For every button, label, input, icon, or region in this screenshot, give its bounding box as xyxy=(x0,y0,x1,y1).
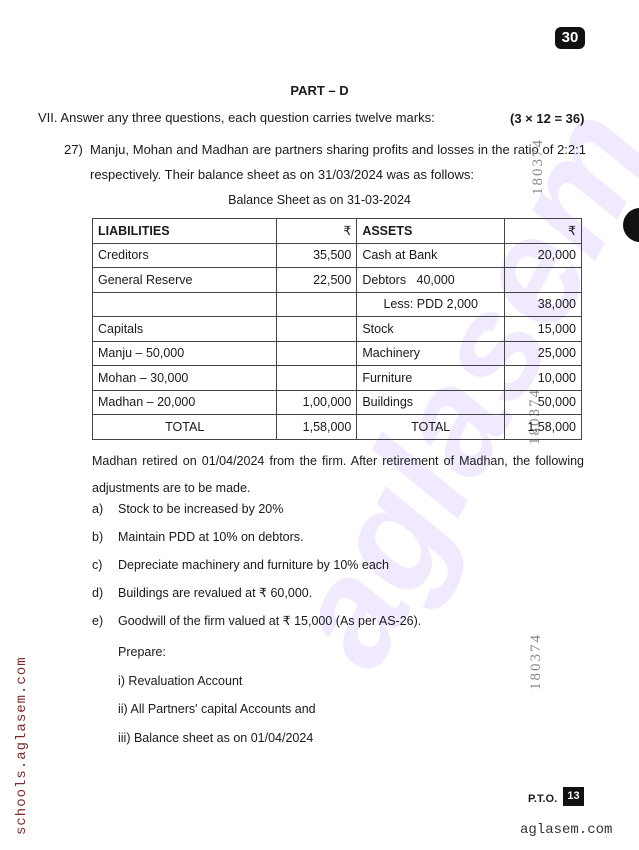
balance-sheet-table: LIABILITIES ₹ ASSETS ₹ Creditors 35,500 … xyxy=(92,218,582,440)
item-text: Stock to be increased by 20% xyxy=(118,500,283,518)
asset-amount-cell: 38,000 xyxy=(505,292,582,317)
balance-sheet-title: Balance Sheet as on 31-03-2024 xyxy=(0,193,639,207)
asset-cell: Furniture xyxy=(357,366,505,391)
item-label: a) xyxy=(92,500,103,518)
asset-cell: Less: PDD 2,000 xyxy=(357,292,505,317)
liab-total-label: TOTAL xyxy=(93,415,277,440)
question-27: 27) Manju, Mohan and Madhan are partners… xyxy=(64,137,586,187)
table-row: General Reserve 22,500 Debtors 40,000 xyxy=(93,268,582,293)
liability-cell xyxy=(93,292,277,317)
question-text: Manju, Mohan and Madhan are partners sha… xyxy=(90,137,586,187)
sheet-number-badge: 13 xyxy=(563,787,584,806)
liab-amount-cell xyxy=(277,341,357,366)
serial-stamp: 180374 xyxy=(530,138,547,195)
asset-amount-cell: 20,000 xyxy=(505,243,582,268)
liab-amount-cell xyxy=(277,317,357,342)
liab-amount-cell: 22,500 xyxy=(277,268,357,293)
table-row: Creditors 35,500 Cash at Bank 20,000 xyxy=(93,243,582,268)
liab-total-amount: 1,58,000 xyxy=(277,415,357,440)
liability-cell: General Reserve xyxy=(93,268,277,293)
table-row: Mohan – 30,000 Furniture 10,000 xyxy=(93,366,582,391)
table-row: Madhan – 20,000 1,00,000 Buildings 50,00… xyxy=(93,390,582,415)
liab-amount-cell xyxy=(277,366,357,391)
asset-cell: Stock xyxy=(357,317,505,342)
table-total-row: TOTAL 1,58,000 TOTAL 1,58,000 xyxy=(93,415,582,440)
prepare-item: ii) All Partners' capital Accounts and xyxy=(118,702,316,731)
liability-cell: Capitals xyxy=(93,317,277,342)
header-assets: ASSETS xyxy=(357,219,505,244)
asset-cell: Debtors 40,000 xyxy=(357,268,505,293)
item-label: b) xyxy=(92,528,103,546)
asset-cell: Buildings xyxy=(357,390,505,415)
pto-label: P.T.O. xyxy=(528,793,557,805)
prepare-item: i) Revaluation Account xyxy=(118,674,316,703)
liab-amount-cell xyxy=(277,292,357,317)
item-text: Maintain PDD at 10% on debtors. xyxy=(118,528,304,546)
prepare-item: iii) Balance sheet as on 01/04/2024 xyxy=(118,731,316,760)
asset-total-amount: 1,58,000 xyxy=(505,415,582,440)
section-instruction: VII. Answer any three questions, each qu… xyxy=(38,110,435,125)
header-liab-amount: ₹ xyxy=(277,219,357,244)
asset-cell: Machinery xyxy=(357,341,505,366)
item-text: Depreciate machinery and furniture by 10… xyxy=(118,556,389,574)
asset-amount-cell: 10,000 xyxy=(505,366,582,391)
asset-amount-cell: 25,000 xyxy=(505,341,582,366)
liability-cell: Mohan – 30,000 xyxy=(93,366,277,391)
asset-cell: Cash at Bank xyxy=(357,243,505,268)
asset-amount-cell xyxy=(505,268,582,293)
liability-cell: Creditors xyxy=(93,243,277,268)
page-number-badge: 30 xyxy=(555,27,585,49)
item-label: c) xyxy=(92,556,102,574)
table-header-row: LIABILITIES ₹ ASSETS ₹ xyxy=(93,219,582,244)
marks-allocation: (3 × 12 = 36) xyxy=(510,111,584,126)
item-label: e) xyxy=(92,612,103,630)
bottom-watermark: aglasem.com xyxy=(520,822,612,838)
liab-amount-cell: 1,00,000 xyxy=(277,390,357,415)
serial-stamp-3: 180374 xyxy=(528,633,545,690)
item-text: Goodwill of the firm valued at ₹ 15,000 … xyxy=(118,612,421,630)
section-label: VII. xyxy=(38,110,58,125)
retirement-paragraph: Madhan retired on 01/04/2024 from the fi… xyxy=(92,448,584,502)
liability-cell: Manju – 50,000 xyxy=(93,341,277,366)
prepare-heading: Prepare: xyxy=(118,645,316,674)
asset-total-label: TOTAL xyxy=(357,415,505,440)
table-row: Less: PDD 2,000 38,000 xyxy=(93,292,582,317)
table-row: Manju – 50,000 Machinery 25,000 xyxy=(93,341,582,366)
asset-amount-cell: 15,000 xyxy=(505,317,582,342)
asset-amount-cell: 50,000 xyxy=(505,390,582,415)
side-watermark: schools.aglasem.com xyxy=(14,656,30,835)
instruction-text: Answer any three questions, each questio… xyxy=(60,110,434,125)
item-label: d) xyxy=(92,584,103,602)
prepare-section: Prepare: i) Revaluation Account ii) All … xyxy=(118,645,316,759)
header-asset-amount: ₹ xyxy=(505,219,582,244)
item-text: Buildings are revalued at ₹ 60,000. xyxy=(118,584,312,602)
question-number: 27) xyxy=(64,137,83,162)
part-heading: PART – D xyxy=(0,83,639,98)
table-row: Capitals Stock 15,000 xyxy=(93,317,582,342)
header-liabilities: LIABILITIES xyxy=(93,219,277,244)
liability-cell: Madhan – 20,000 xyxy=(93,390,277,415)
liab-amount-cell: 35,500 xyxy=(277,243,357,268)
